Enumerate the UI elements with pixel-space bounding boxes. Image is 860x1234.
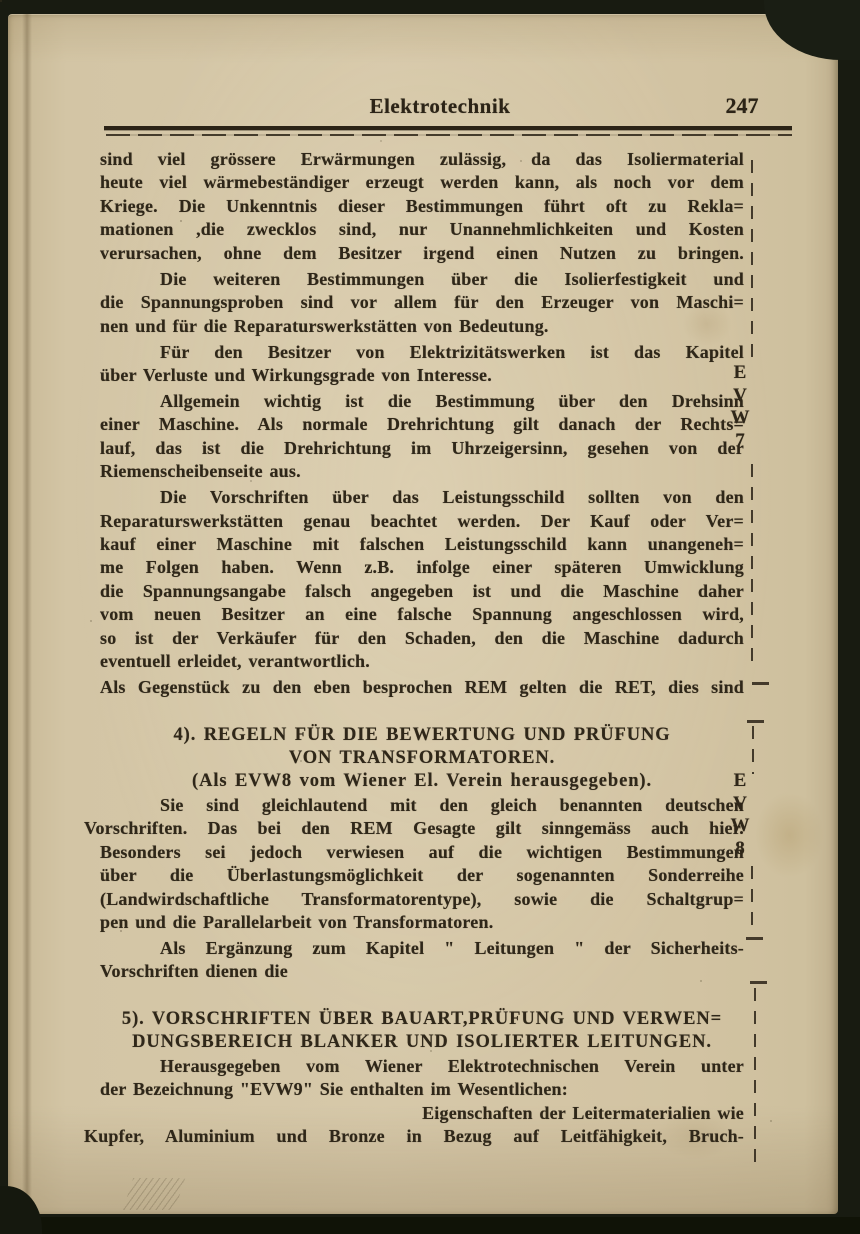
margin-start-dash — [747, 720, 764, 723]
text-line: Als Ergänzung zum Kapitel " Leitungen " … — [100, 937, 744, 960]
para-drehsinn: Allgemein wichtig ist die Bestimmung übe… — [100, 390, 744, 484]
text-line: Reparaturswerkstätten genau beachtet wer… — [100, 510, 744, 533]
text-line: Für den Besitzer von Elektrizitätswerken… — [100, 341, 744, 364]
text-line: über die Überlastungsmöglichkeit der sog… — [100, 864, 744, 887]
text-line: Kriege. Die Unkenntnis dieser Bestimmung… — [100, 195, 744, 218]
text-line: Eigenschaften der Leitermaterialien wie — [100, 1102, 744, 1125]
para-ergaenzung: Als Ergänzung zum Kapitel " Leitungen " … — [100, 937, 744, 984]
page-crease — [22, 14, 32, 1213]
header-rule-thin — [106, 134, 792, 136]
text-line: lauf, das ist die Drehrichtung im Uhrzei… — [100, 437, 744, 460]
paper-stain — [742, 775, 837, 895]
para-evw8: Sie sind gleichlautend mit den gleich be… — [100, 794, 744, 935]
para-leistungsschild: Die Vorschriften über das Leistungsschil… — [100, 486, 744, 674]
text-line: verursachen, ohne dem Besitzer irgend ei… — [100, 242, 744, 265]
text-line: die Spannungsproben sind vor allem für d… — [100, 291, 744, 314]
text-line: (Landwirdschaftliche Transformatorentype… — [100, 888, 744, 911]
paper-specks — [0, 0, 2, 2]
margin-letter: E — [724, 362, 756, 385]
text-line: Die weiteren Bestimmungen über die Isoli… — [100, 268, 744, 291]
text-line: (Als EVW8 vom Wiener El. Verein herausge… — [100, 770, 744, 793]
margin-note-evw7: E V W 7 — [724, 362, 756, 452]
margin-letter: W — [724, 407, 756, 430]
margin-letter: V — [724, 385, 756, 408]
text-line: VON TRANSFORMATOREN. — [100, 747, 744, 770]
text-line: Vorschriften dienen die — [100, 960, 744, 983]
text-line: Besonders sei jedoch verwiesen auf die w… — [100, 841, 744, 864]
text-line: me Folgen haben. Wenn z.B. infolge einer… — [100, 556, 744, 579]
margin-dash-line — [751, 464, 753, 664]
para-intro: sind viel grössere Erwärmungen zulässig,… — [100, 148, 744, 265]
pencil-scribble — [123, 1178, 185, 1210]
margin-note-evw8: E V W 8 — [724, 770, 756, 860]
text-line: kauf einer Maschine mit falschen Leistun… — [100, 533, 744, 556]
page-number: 247 — [712, 93, 772, 119]
margin-letter: 7 — [724, 430, 756, 453]
text-line: mationen ,die zwecklos sind, nur Unanneh… — [100, 218, 744, 241]
margin-letter: V — [724, 793, 756, 816]
text-line: Herausgegeben vom Wiener Elektrotechnisc… — [100, 1055, 744, 1078]
text-line: 5). VORSCHRIFTEN ÜBER BAUART,PRÜFUNG UND… — [100, 1008, 744, 1031]
text-line: über Verluste und Wirkungsgrade von Inte… — [100, 364, 744, 387]
margin-dash-line — [754, 988, 756, 1162]
text-line: einer Maschine. Als normale Drehrichtung… — [100, 413, 744, 436]
para-besitzer: Für den Besitzer von Elektrizitätswerken… — [100, 341, 744, 388]
text-line: eventuell erleidet, verantwortlich. — [100, 650, 744, 673]
text-line: vom neuen Besitzer an eine falsche Spann… — [100, 603, 744, 626]
margin-letter: 8 — [724, 838, 756, 861]
text-line: Als Gegenstück zu den eben besprochen RE… — [100, 676, 744, 699]
para-gegenstueck: Als Gegenstück zu den eben besprochen RE… — [100, 676, 744, 699]
running-head-title: Elektrotechnik — [300, 94, 580, 119]
margin-dash-line — [751, 866, 753, 932]
scan-bottom-edge — [0, 1217, 860, 1234]
text-line: nen und für die Reparaturswerkstätten vo… — [100, 315, 744, 338]
margin-dash-line — [751, 160, 753, 360]
text-line: Die Vorschriften über das Leistungsschil… — [100, 486, 744, 509]
para-isolierfestigkeit: Die weiteren Bestimmungen über die Isoli… — [100, 268, 744, 338]
margin-letter: E — [724, 770, 756, 793]
text-line: sind viel grössere Erwärmungen zulässig,… — [100, 148, 744, 171]
margin-dash-line — [752, 726, 754, 774]
heading-section-4: 4). REGELN FÜR DIE BEWERTUNG UND PRÜFUNG… — [100, 724, 744, 794]
text-line: so ist der Verkäufer für den Schaden, de… — [100, 627, 744, 650]
margin-end-dash — [746, 937, 763, 940]
para-evw9: Herausgegeben vom Wiener Elektrotechnisc… — [100, 1055, 744, 1149]
scanned-book-page: { "page_header": { "title": "Elektrotech… — [0, 0, 860, 1234]
text-line: Kupfer, Aluminium und Bronze in Bezug au… — [84, 1125, 744, 1148]
text-line: heute viel wärmebeständiger erzeugt werd… — [100, 171, 744, 194]
margin-end-dash — [752, 682, 769, 685]
text-line: 4). REGELN FÜR DIE BEWERTUNG UND PRÜFUNG — [100, 724, 744, 747]
text-line: DUNGSBEREICH BLANKER UND ISOLIERTER LEIT… — [100, 1031, 744, 1054]
text-line: der Bezeichnung "EVW9" Sie enthalten im … — [100, 1078, 744, 1101]
text-line: Sie sind gleichlautend mit den gleich be… — [100, 794, 744, 817]
text-line: Allgemein wichtig ist die Bestimmung übe… — [100, 390, 744, 413]
margin-letter: W — [724, 815, 756, 838]
text-line: Riemenscheibenseite aus. — [100, 460, 744, 483]
body-text: sind viel grössere Erwärmungen zulässig,… — [100, 148, 744, 1149]
margin-start-dash — [750, 981, 767, 984]
heading-section-5: 5). VORSCHRIFTEN ÜBER BAUART,PRÜFUNG UND… — [100, 1008, 744, 1055]
text-line: die Spannungsangabe falsch angegeben ist… — [100, 580, 744, 603]
header-rule-thick — [104, 126, 792, 130]
text-line: Vorschriften. Das bei den REM Gesagte gi… — [84, 817, 744, 840]
text-line: pen und die Parallelarbeit von Transform… — [100, 911, 744, 934]
